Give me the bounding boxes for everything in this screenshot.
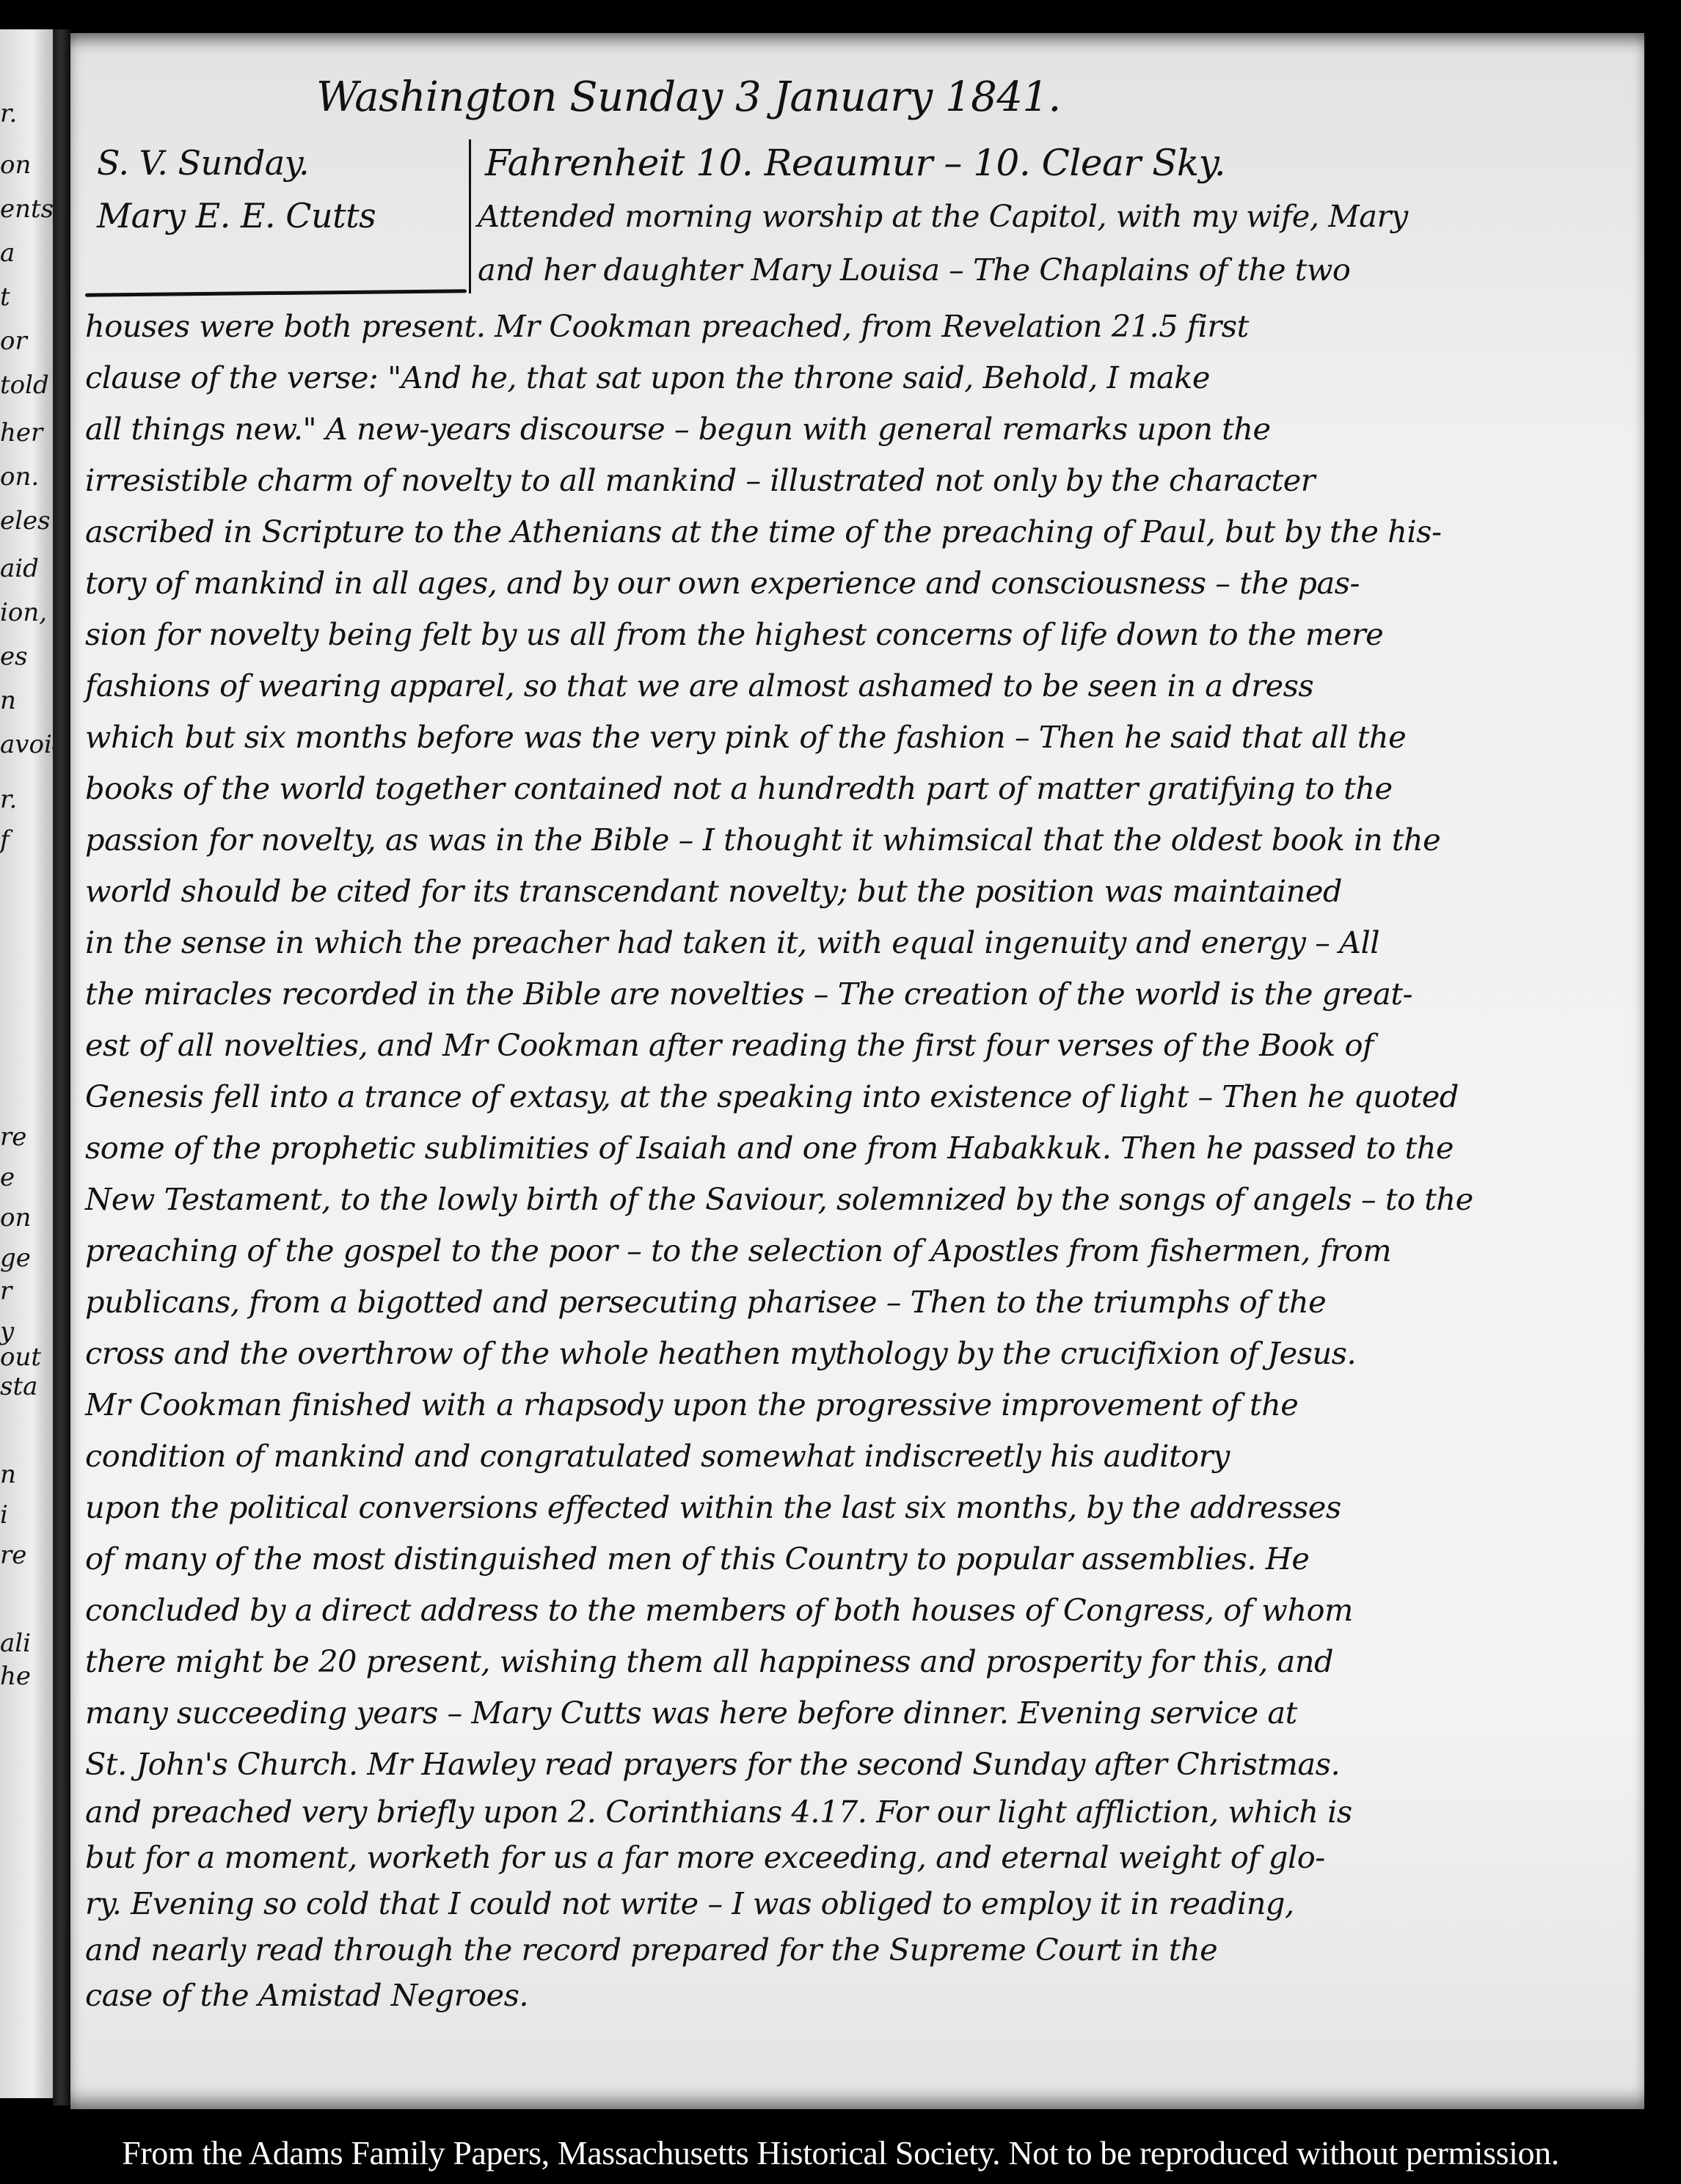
text-line: Mr Cookman finished with a rhapsody upon… — [85, 1387, 1298, 1422]
fragment: aid — [0, 554, 53, 583]
fragment: ge — [0, 1243, 53, 1273]
fragment: r — [0, 1277, 53, 1306]
fragment: on. — [0, 462, 53, 492]
entry-heading: Washington Sunday 3 January 1841. — [316, 73, 1061, 121]
text-line: and her daughter Mary Louisa – The Chapl… — [478, 252, 1350, 288]
margin-underline — [85, 289, 467, 296]
text-line: there might be 20 present, wishing them … — [85, 1643, 1333, 1679]
weather-line: Fahrenheit 10. Reaumur – 10. Clear Sky. — [485, 142, 1225, 184]
fragment: on — [0, 150, 53, 180]
text-line: tory of mankind in all ages, and by our … — [85, 565, 1360, 601]
text-line: condition of mankind and congratulated s… — [85, 1438, 1230, 1474]
fragment: n — [0, 686, 53, 715]
fragment: re — [0, 1541, 53, 1570]
fragment: r. — [0, 785, 53, 814]
text-line: New Testament, to the lowly birth of the… — [85, 1181, 1473, 1217]
text-line: which but six months before was the very… — [85, 719, 1406, 755]
fragment: es — [0, 642, 53, 671]
fragment: told — [0, 370, 53, 400]
fragment: i — [0, 1500, 53, 1530]
text-line: all things new." A new-years discourse –… — [85, 411, 1271, 447]
text-line: upon the political conversions effected … — [85, 1489, 1341, 1525]
text-line: of many of the most distinguished men of… — [85, 1541, 1309, 1577]
text-line: St. John's Church. Mr Hawley read prayer… — [85, 1746, 1340, 1782]
text-line: and nearly read through the record prepa… — [85, 1932, 1217, 1968]
copyright-credit: From the Adams Family Papers, Massachuse… — [0, 2133, 1681, 2172]
text-line: books of the world together contained no… — [85, 770, 1393, 806]
margin-note: S. V. Sunday. — [97, 143, 309, 183]
text-line: ry. Evening so cold that I could not wri… — [85, 1885, 1294, 1921]
manuscript-page: Washington Sunday 3 January 1841. S. V. … — [70, 33, 1644, 2109]
text-line: but for a moment, worketh for us a far m… — [85, 1839, 1325, 1875]
fragment: re — [0, 1122, 53, 1152]
fragment: a — [0, 238, 53, 268]
book-gutter — [53, 29, 70, 2106]
fragment: t — [0, 282, 53, 312]
text-line: est of all novelties, and Mr Cookman aft… — [85, 1027, 1374, 1063]
fragment: ents — [0, 194, 53, 224]
fragment: on — [0, 1203, 53, 1232]
text-line: irresistible charm of novelty to all man… — [85, 462, 1315, 498]
text-line: and preached very briefly upon 2. Corint… — [85, 1794, 1352, 1830]
fragment: f — [0, 825, 53, 855]
text-line: ascribed in Scripture to the Athenians a… — [85, 514, 1442, 549]
margin-divider — [469, 139, 471, 293]
fragment: ali — [0, 1629, 53, 1658]
text-line: clause of the verse: "And he, that sat u… — [85, 359, 1210, 395]
text-line: some of the prophetic sublimities of Isa… — [85, 1130, 1454, 1166]
fragment: y — [0, 1317, 53, 1346]
text-line: the miracles recorded in the Bible are n… — [85, 976, 1412, 1012]
text-line: Genesis fell into a trance of extasy, at… — [85, 1078, 1459, 1114]
fragment: her — [0, 418, 53, 448]
text-line: cross and the overthrow of the whole hea… — [85, 1335, 1356, 1371]
fragment: r. — [0, 99, 53, 128]
text-line: passion for novelty, as was in the Bible… — [85, 822, 1440, 858]
text-line: fashions of wearing apparel, so that we … — [85, 668, 1313, 704]
text-line: houses were both present. Mr Cookman pre… — [85, 308, 1249, 344]
margin-note: Mary E. E. Cutts — [97, 196, 376, 235]
text-line: publicans, from a bigotted and persecuti… — [85, 1284, 1326, 1320]
text-line: concluded by a direct address to the mem… — [85, 1592, 1353, 1628]
fragment: or — [0, 326, 53, 356]
fragment: eles — [0, 506, 53, 536]
adjacent-page-edge: r. on ents a t or told her on. eles aid … — [0, 29, 53, 2098]
fragment: sta — [0, 1372, 53, 1401]
fragment: e — [0, 1163, 53, 1192]
fragment: out — [0, 1343, 53, 1372]
fragment: he — [0, 1662, 53, 1691]
text-line: Attended morning worship at the Capitol,… — [478, 198, 1408, 234]
text-line: preaching of the gospel to the poor – to… — [85, 1232, 1391, 1268]
fragment: ion, — [0, 598, 53, 627]
fragment: avoid — [0, 730, 53, 759]
text-line: in the sense in which the preacher had t… — [85, 924, 1379, 960]
text-line: world should be cited for its transcenda… — [85, 873, 1342, 909]
text-line: many succeeding years – Mary Cutts was h… — [85, 1695, 1297, 1731]
fragment: n — [0, 1460, 53, 1489]
text-line: sion for novelty being felt by us all fr… — [85, 616, 1383, 652]
text-line: case of the Amistad Negroes. — [85, 1977, 528, 2013]
